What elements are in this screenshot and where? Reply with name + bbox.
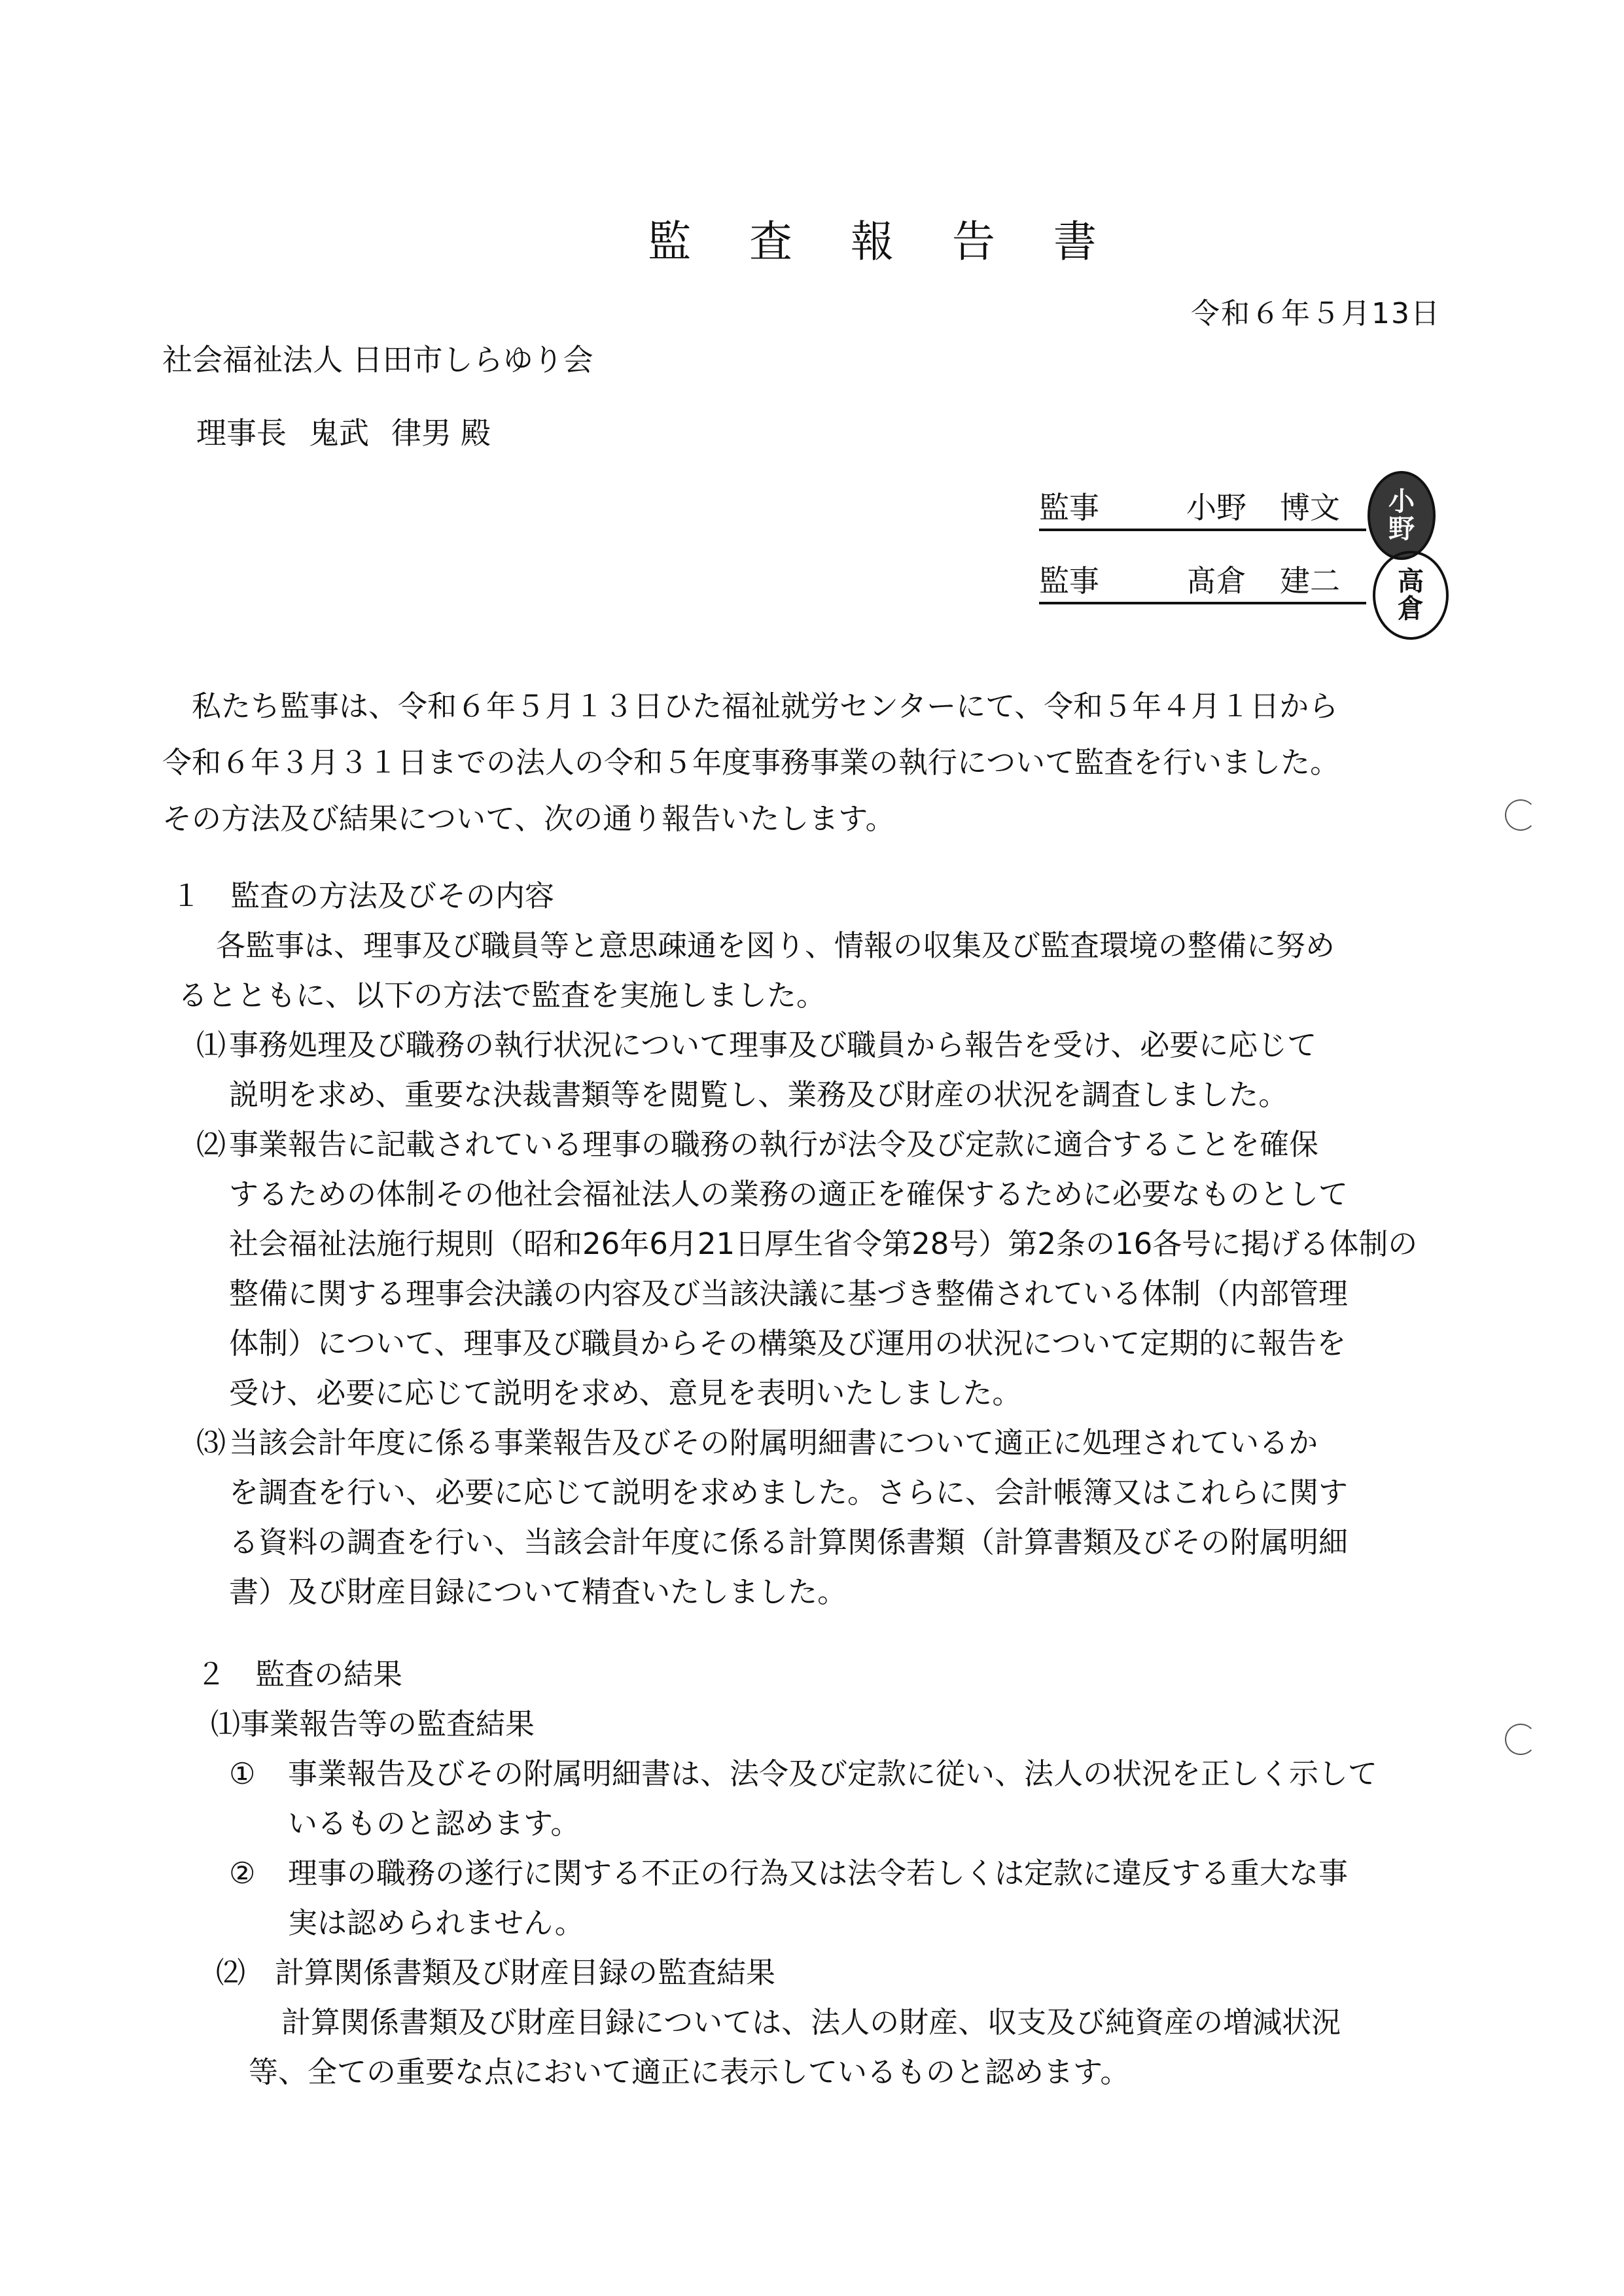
text-line: 各監事は、理事及び職員等と意思疎通を図り、情報の収集及び監査環境の整備に努め	[216, 926, 1335, 965]
text-line: 等、全ての重要な点において適正に表示しているものと認めます。	[249, 2053, 1129, 2092]
text-line: 事務処理及び職務の執行状況について理事及び職員から報告を受け、必要に応じて	[229, 1026, 1316, 1065]
recipient-honorific: 殿	[461, 415, 491, 451]
seal-char: 倉	[1398, 595, 1424, 623]
recipient-surname: 鬼武	[309, 415, 369, 451]
recipient-line: 理事長鬼武律男殿	[196, 413, 513, 453]
text-line: いるものと認めます。	[288, 1804, 580, 1843]
text-line: 受け、必要に応じて説明を求め、意見を表明いたしました。	[229, 1374, 1021, 1413]
text-line: 書）及び財産目録について精査いたしました。	[229, 1573, 847, 1612]
subsection-heading: ⑴事業報告等の監査結果	[211, 1705, 535, 1744]
text-line: 事業報告及びその附属明細書は、法令及び定款に従い、法人の状況を正しく示して	[288, 1754, 1377, 1794]
recipient-given-name: 律男	[391, 415, 451, 451]
section-heading: １ 監査の方法及びその内容	[171, 877, 554, 916]
punch-hole-mark	[1505, 1724, 1536, 1755]
signatory-given-name: 建二	[1280, 563, 1340, 599]
signatory-role: 監事	[1039, 488, 1186, 527]
signatory-surname: 小野	[1186, 488, 1280, 527]
recipient-title: 理事長	[196, 415, 287, 451]
text-line: を調査を行い、必要に応じて説明を求めました。さらに、会計帳簿又はこれらに関す	[229, 1473, 1348, 1512]
text-line: るとともに、以下の方法で監査を実施しました。	[178, 976, 826, 1015]
list-marker: ②	[229, 1854, 255, 1893]
list-marker: ①	[229, 1754, 255, 1794]
seal-char: 高	[1398, 568, 1424, 595]
signatory-row: 監事髙倉建二	[1039, 561, 1366, 604]
list-marker: ⑵	[196, 1125, 226, 1164]
seal-stamp-icon: 小 野	[1368, 471, 1436, 560]
subsection-heading: ⑵ 計算関係書類及び財産目録の監査結果	[216, 1953, 775, 1992]
text-line: る資料の調査を行い、当該会計年度に係る計算関係書類（計算書類及びその附属明細	[229, 1523, 1348, 1562]
list-marker: ⑶	[196, 1423, 226, 1463]
text-line: するための体制その他社会福祉法人の業務の適正を確保するために必要なものとして	[229, 1175, 1348, 1214]
text-line: 社会福祉法施行規則（昭和26年6月21日厚生省令第28号）第2条の16各号に掲げ…	[229, 1225, 1417, 1264]
signatory-row: 監事小野博文	[1039, 488, 1366, 531]
text-line: 実は認められません。	[288, 1904, 584, 1943]
text-line: 事業報告に記載されている理事の職務の執行が法令及び定款に適合することを確保	[229, 1125, 1318, 1164]
seal-char: 野	[1388, 515, 1415, 543]
punch-hole-mark	[1505, 799, 1536, 831]
list-marker: ⑴	[196, 1026, 226, 1065]
audit-report-page: 監 査 報 告 書 令和６年５月13日 社会福祉法人 日田市しらゆり会 理事長鬼…	[0, 0, 1624, 2296]
text-line: 説明を求め、重要な決裁書類等を閲覧し、業務及び財産の状況を調査しました。	[229, 1075, 1288, 1115]
signatory-surname: 髙倉	[1186, 561, 1280, 600]
text-line: 体制）について、理事及び職員からその構築及び運用の状況について定期的に報告を	[229, 1324, 1346, 1363]
text-line: その方法及び結果について、次の通り報告いたします。	[162, 799, 895, 839]
text-line: 当該会計年度に係る事業報告及びその附属明細書について適正に処理されているか	[229, 1423, 1318, 1463]
text-line: 私たち監事は、令和６年５月１３日ひた福祉就労センターにて、令和５年４月１日から	[162, 687, 1338, 726]
signatory-given-name: 博文	[1280, 490, 1340, 525]
seal-char: 小	[1388, 488, 1415, 515]
report-date: 令和６年５月13日	[1191, 296, 1441, 332]
signatory-role: 監事	[1039, 561, 1186, 600]
seal-stamp-icon: 高 倉	[1373, 551, 1449, 640]
text-line: 令和６年３月３１日までの法人の令和５年度事務事業の執行について監査を行いました。	[162, 743, 1339, 782]
section-heading: ２ 監査の結果	[196, 1655, 402, 1694]
text-line: 理事の職務の遂行に関する不正の行為又は法令若しくは定款に違反する重大な事	[288, 1854, 1348, 1893]
document-title: 監 査 報 告 書	[648, 216, 1119, 268]
text-line: 整備に関する理事会決議の内容及び当該決議に基づき整備されている体制（内部管理	[229, 1274, 1348, 1313]
recipient-organization: 社会福祉法人 日田市しらゆり会	[162, 340, 593, 379]
text-line: 計算関係書類及び財産目録については、法人の財産、収支及び純資産の増減状況	[281, 2003, 1341, 2042]
